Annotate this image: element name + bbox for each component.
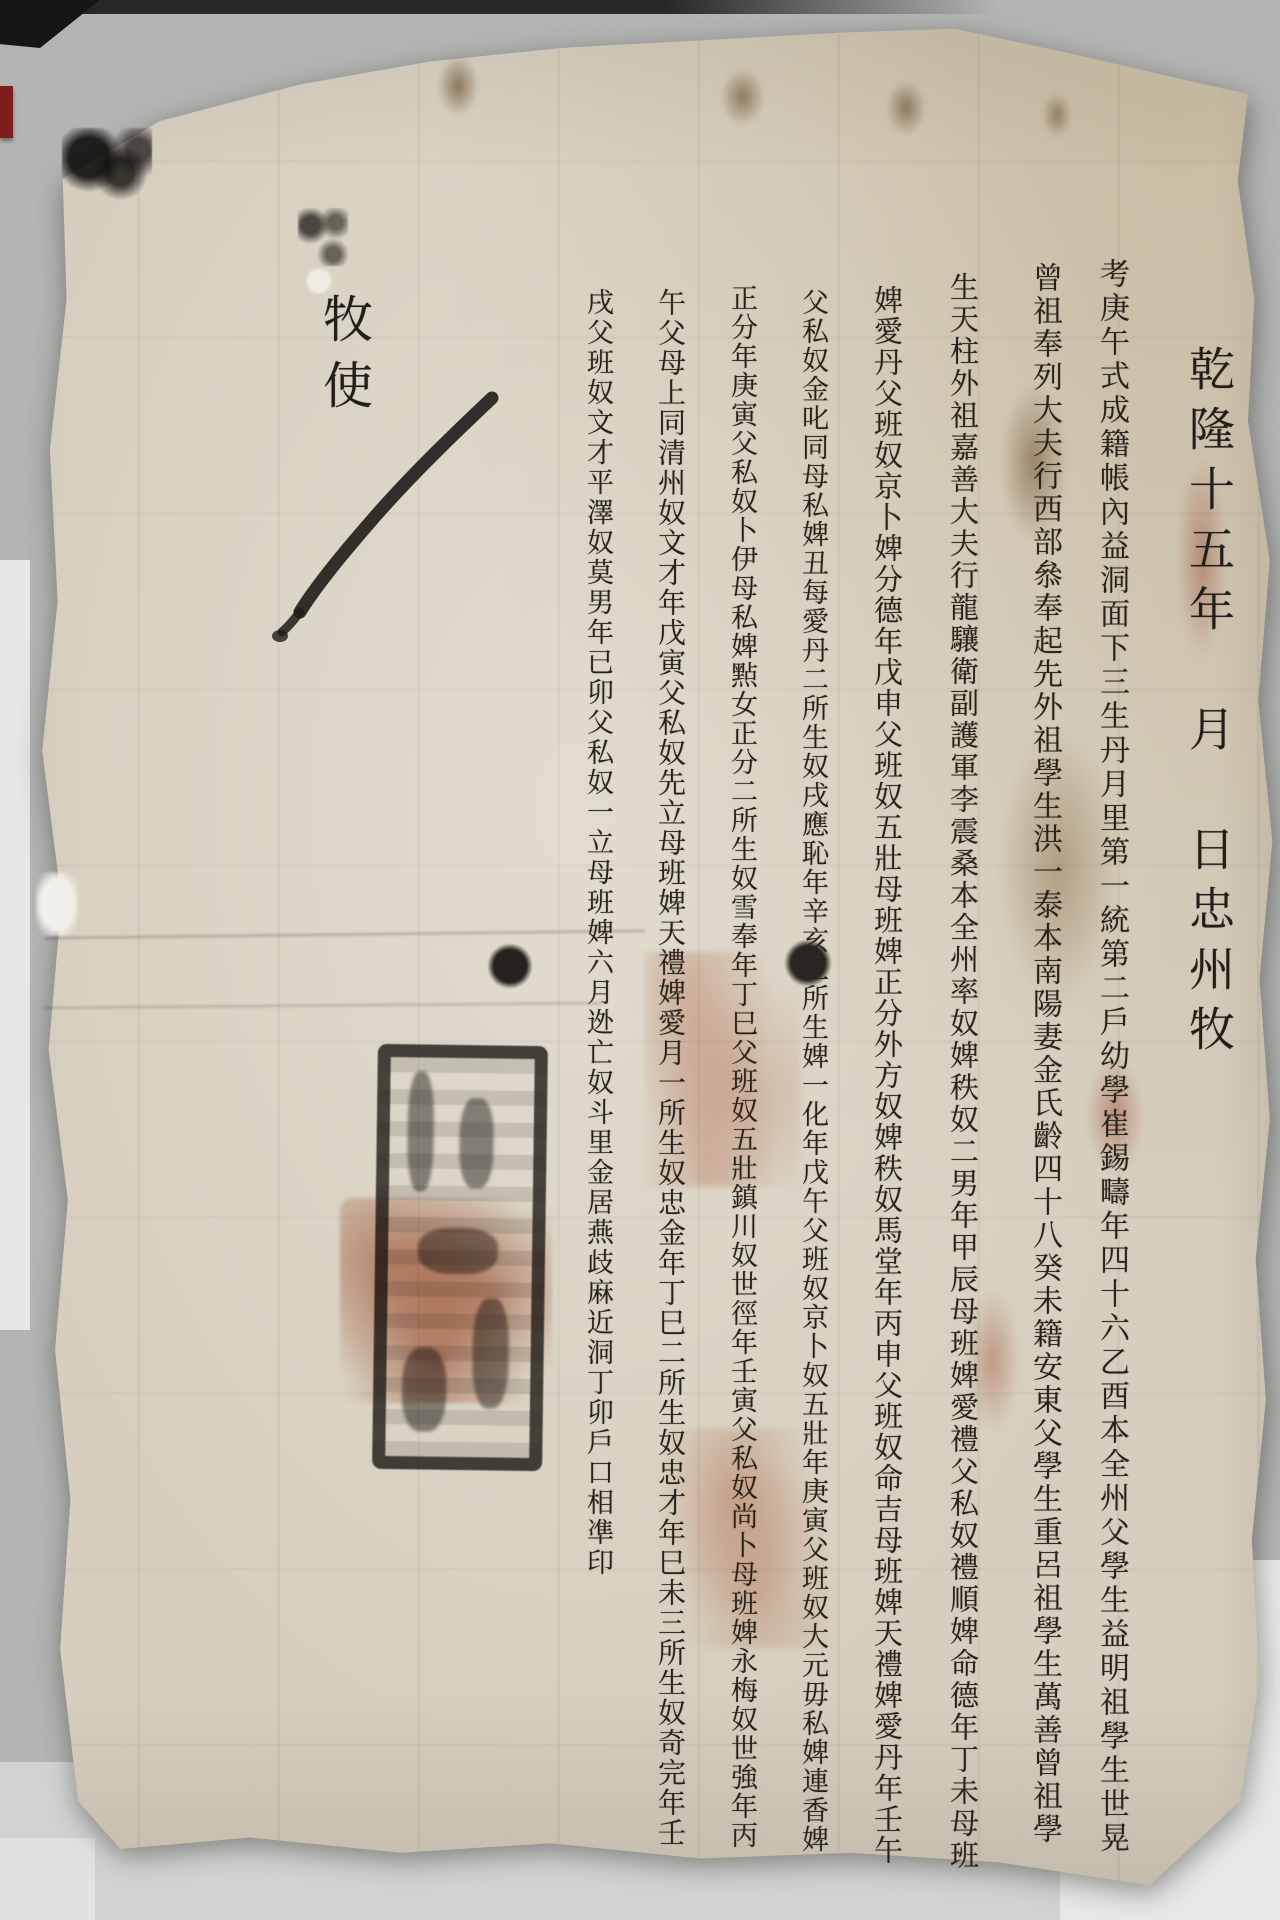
stamp-smudge	[402, 1347, 447, 1432]
text-column-4: 婢愛丹父班奴京卜婢分德年戊申父班奴五壯母班婢正分外方奴婢秩奴馬堂年丙申父班奴命吉…	[867, 285, 908, 1866]
text-column-3: 生天柱外祖嘉善大夫行龍驤衛副護軍李震桑本全州率奴婢秩奴二男年甲辰母班婢愛禮父私奴…	[943, 272, 984, 1872]
paper-sheet-wrapper	[0, 0, 1280, 1920]
date-column: 乾隆十五年 月 日忠州牧	[1176, 345, 1242, 1065]
stamp-smudge	[472, 1298, 510, 1408]
endorsement-moksa: 牧使	[308, 293, 380, 425]
photograph-of-document: { "photo": { "background_color": "#b4b4b…	[0, 0, 1280, 1920]
aged-hanji-paper	[0, 0, 1280, 1920]
stamp-smudge	[418, 1227, 499, 1274]
stamp-smudge	[459, 1098, 494, 1188]
text-column-6: 正分年庚寅父私奴卜伊母私婢㸃女正分二所生奴雪奉年丁巳父班奴五壯鎮川奴世徑年壬寅父…	[722, 284, 761, 1850]
signature-brush-stroke	[260, 380, 520, 655]
text-column-2: 曾祖奉列大夫行西部叅奉起先外祖學生洪一泰本南陽妻金氏齡四十八癸未籍安東父學生重呂…	[1022, 262, 1066, 1846]
text-column-1: 考庚午式成籍帳內益洞面下三生丹月里第一統第二戶幼學崔錫疇年四十六乙酉本全州父學生…	[1089, 258, 1133, 1856]
text-column-5: 父私奴金叱同母私婢丑每愛丹二所生奴戌應恥年辛亥三所生婢一化年戊午父班奴京卜奴五壯…	[793, 288, 832, 1854]
stamp-smudge	[407, 1071, 435, 1191]
black-official-stamp	[372, 1044, 548, 1471]
text-column-7: 午父母上同清州奴文才年戊寅父私奴先立母班婢天禮婢愛月一所生奴忠金年丁巳二所生奴忠…	[650, 288, 690, 1848]
text-column-8: 戌父班奴文才平澤奴莫男年已卯父私奴一立母班婢六月迯亡奴斗里金居燕歧麻近洞丁卯戶口…	[578, 288, 617, 1578]
